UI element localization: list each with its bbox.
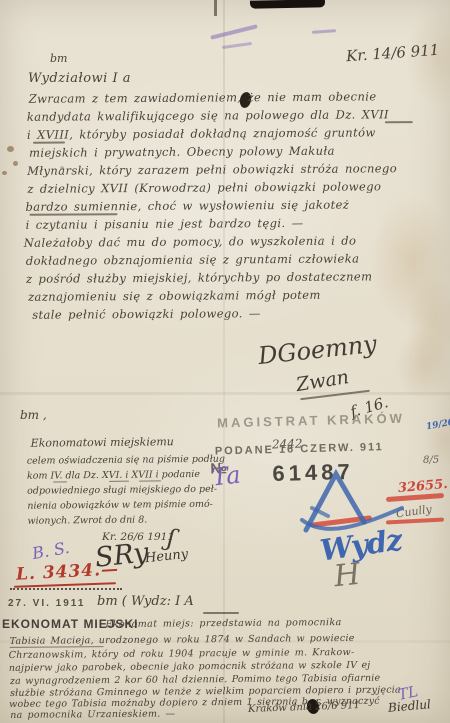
letter-line: Należałoby dać mu do pomocy, do wyszkole… <box>24 234 357 250</box>
letter-line: i czytaniu i pisaniu nie jest bardzo tęg… <box>26 216 304 232</box>
scan-edge-mark <box>214 0 217 16</box>
stain-spot-3 <box>2 171 7 175</box>
stamp-dotted-line <box>10 588 122 590</box>
underline-dept-ia <box>203 612 239 614</box>
bottom-line: najpierw jako parobek, obecnie jako pomo… <box>9 660 371 674</box>
pencil-fraction: 8/5 <box>423 455 439 466</box>
side-note-line: celem oświadczenia się na piśmie podług <box>27 454 225 467</box>
letter-line: z pośród służby miejskiej, którychby po … <box>26 269 373 285</box>
pencil-monogram: H <box>332 557 362 595</box>
bottom-line: Tabisia Macieja, urodzonego w roku 1874 … <box>10 633 355 647</box>
underline-kom-iv <box>53 481 67 482</box>
purple-smudge-1 <box>210 24 258 39</box>
blue-fraction: 19/20 <box>425 418 450 433</box>
letter-line: z dzielnicy XVII (Krowodrza) pełni obowi… <box>27 179 381 195</box>
scan-edge-shadow <box>250 0 325 9</box>
signature-heuny: Heuny <box>144 547 188 566</box>
side-note-line: nienia obowiązków w tem piśmie omó- <box>27 499 213 512</box>
letter-line: Zwracam z tem zawiadomieniem, że nie mam… <box>29 89 377 105</box>
stain-spot-1 <box>7 146 14 152</box>
purple-initials: B. S. <box>31 538 71 563</box>
red-register-number: L. 3434.— <box>16 559 120 584</box>
side-note-line: Ekonomatowi miejskiemu <box>31 435 174 449</box>
magistrat-stamp-line1: MAGISTRAT KRAKÓW <box>217 411 405 431</box>
signature-primary: DGoemny <box>257 330 378 370</box>
bottom-line: na pomocnika Urzanieskiem. — <box>10 708 175 720</box>
addressee-line: Wydziałowi I a <box>28 71 131 86</box>
side-note-line: kom IV. dla Dz. XVI. i XVII i podanie <box>27 469 200 482</box>
scanned-document-page: Kr. 14/6 911 bm Wydziałowi I a Zwracam z… <box>0 0 450 723</box>
underline-xvi <box>109 481 129 482</box>
purple-smudge-3 <box>312 29 336 33</box>
side-note-line: wionych. Zwrot do dni 8. <box>27 514 147 526</box>
letter-line: stale pełnić obowiązki polowego. — <box>32 306 261 322</box>
date-stamp: 27. VI. 1911 <box>8 598 85 609</box>
reference-number: Kr. 14/6 911 <box>345 41 439 65</box>
underline-xvii-note <box>139 480 161 481</box>
letter-line: dokładnego obznajomienia się z gruntami … <box>26 251 360 267</box>
underline-xvii <box>385 121 413 123</box>
side-note-line: odpowiedniego sługi miejskiego do peł- <box>27 484 217 497</box>
letter-line: miejskich i prywatnych. Obecny polowy Ma… <box>29 144 335 160</box>
letter-line: i XVIII, któryby posiadał dokładną znajo… <box>27 125 376 141</box>
bottom-line: Chrzanowskim, który od roku 1904 pracuje… <box>9 647 355 661</box>
abbrev-bm: bm <box>50 52 67 65</box>
bottom-line: Ekonomat miejs: przedstawia na pomocnika <box>105 617 341 630</box>
dept-assignment: bm ( Wydz: I A <box>97 594 194 609</box>
letter-line: kandydata kwalifikującego się na poloweg… <box>27 107 389 124</box>
purple-smudge-2 <box>222 42 252 49</box>
stain-spot-2 <box>13 161 18 166</box>
handwritten-2442: 2442 <box>272 436 303 451</box>
letter-line: bardzo sumiennie, choć w wysłowieniu się… <box>25 198 349 214</box>
side-note-abbrev: bm , <box>20 408 47 422</box>
underline-tabisia <box>10 646 104 648</box>
underline-sumiennie <box>29 213 117 215</box>
underline-xviii <box>33 142 65 144</box>
letter-line: zaznajomieniu się z obowiązkami mógł pot… <box>28 288 321 304</box>
purple-series-ta: Ta <box>211 461 242 492</box>
letter-line: Młynarski, który zarazem pełni obowiązki… <box>27 161 397 178</box>
